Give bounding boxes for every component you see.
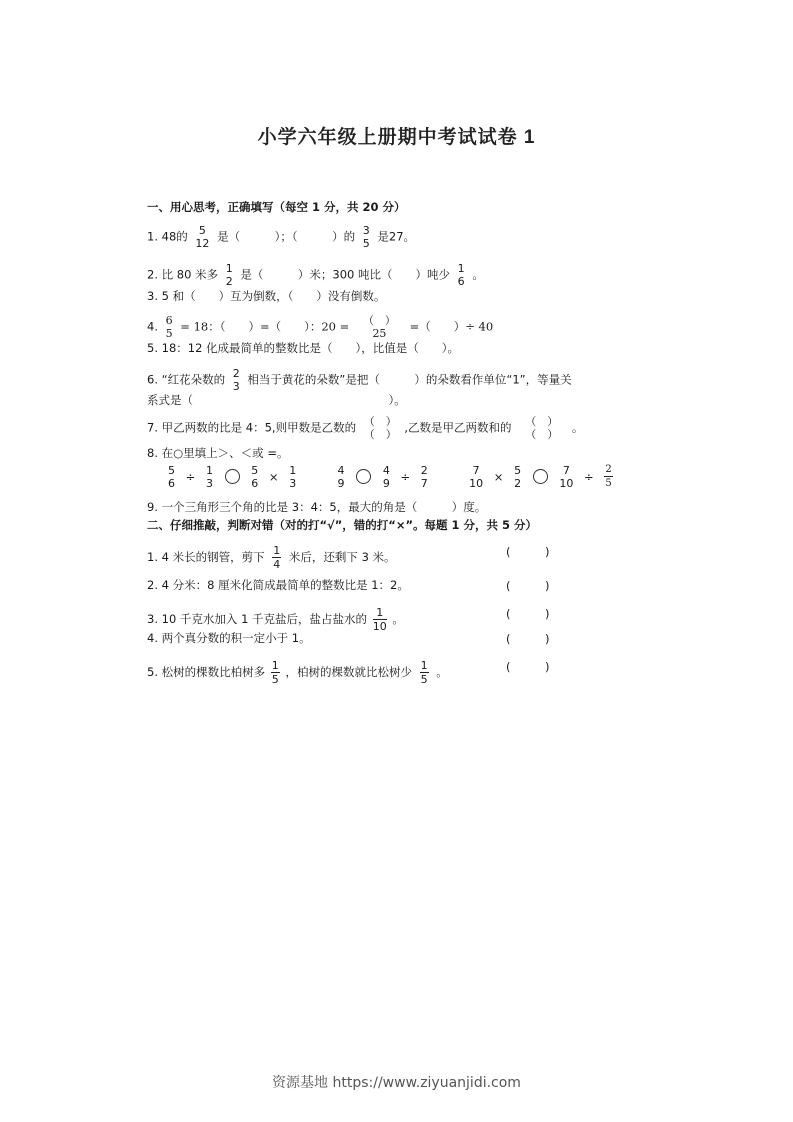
fraction: （ ）（ ）	[525, 415, 558, 441]
q-text: = 18：（ ）=（ ）：20 =	[180, 320, 349, 334]
fraction: 14	[272, 544, 281, 571]
section-1-heading: 一、用心思考，正确填写（每空 1 分，共 20 分）	[147, 200, 406, 214]
q-text: 相当于黄花的朵数”是把（ ）的朵数看作单位“1”，等量关	[247, 373, 571, 387]
q-text: 米后，还剩下 3 米。	[289, 550, 396, 564]
q-text: 是（ ）米；300 吨比（ ）吨少	[240, 268, 450, 282]
operator: ÷	[186, 470, 196, 484]
question-1-3: 3. 5 和（ ）互为倒数，（ ）没有倒数。	[147, 289, 385, 303]
operator: ÷	[584, 470, 594, 484]
fraction: 49	[338, 464, 345, 490]
fraction: 49	[383, 464, 390, 490]
q-text: 1. 48的	[147, 230, 188, 244]
operator: ÷	[401, 470, 411, 484]
fraction: （ ）25	[363, 314, 396, 340]
q-text: 7. 甲乙两数的比是 4：5,则甲数是乙数的	[147, 421, 356, 435]
fraction: 56	[251, 464, 258, 490]
fraction: 13	[289, 464, 296, 490]
q-text: 。	[436, 665, 448, 679]
answer-blank-4[interactable]: ( )	[506, 631, 549, 647]
question-1-6-cont: 系式是（ ）。	[147, 393, 406, 407]
compare-circle[interactable]	[225, 469, 240, 484]
q-text: 是27。	[377, 230, 415, 244]
q-text: 。	[572, 421, 584, 435]
question-2-4: 4. 两个真分数的积一定小于 1。	[147, 631, 311, 645]
footer-watermark: 资源基地 https://www.ziyuanjidi.com	[0, 1072, 793, 1092]
fraction: 12	[226, 262, 233, 288]
fraction: 65	[166, 314, 173, 340]
q-text: =（ ）÷ 40	[410, 320, 494, 334]
question-1-6: 6. “红花朵数的 23 相当于黄花的朵数”是把（ ）的朵数看作单位“1”，等量…	[147, 367, 572, 393]
fraction: 710	[559, 464, 573, 490]
comparison-2: 49 49 ÷ 27	[334, 469, 436, 483]
question-1-9: 9. 一个三角形三个角的比是 3：4：5，最大的角是（ ）度。	[147, 500, 486, 514]
question-1-1: 1. 48的 512 是（ ）；（ ）的 35 是27。	[147, 224, 415, 250]
fraction: 35	[363, 224, 370, 250]
fraction: 15	[420, 659, 429, 686]
fraction: 512	[195, 224, 209, 250]
comparison-3: 710 × 52 710 ÷ 25	[465, 469, 617, 483]
compare-circle[interactable]	[356, 469, 371, 484]
q-text: 。	[472, 268, 484, 282]
fraction: 23	[233, 367, 240, 393]
q-text: 2. 比 80 米多	[147, 268, 218, 282]
page-title: 小学六年级上册期中考试试卷 1	[0, 122, 793, 149]
q-text: 6. “红花朵数的	[147, 373, 225, 387]
answer-blank-5[interactable]: ( )	[506, 659, 549, 675]
fraction: 16	[458, 262, 465, 288]
question-2-2: 2. 4 分米：8 厘米化简成最简单的整数比是 1：2。	[147, 578, 409, 592]
compare-circle[interactable]	[533, 469, 548, 484]
question-2-1: 1. 4 米长的钢管，剪下 14 米后，还剩下 3 米。	[147, 544, 396, 571]
fraction: 27	[421, 464, 428, 490]
fraction: 25	[604, 463, 612, 490]
answer-blank-3[interactable]: ( )	[506, 606, 549, 622]
question-2-3: 3. 10 千克水加入 1 千克盐后，盐占盐水的 110 。	[147, 606, 404, 633]
question-1-7: 7. 甲乙两数的比是 4：5,则甲数是乙数的 （ ）（ ） ,乙数是甲乙两数和的…	[147, 415, 583, 441]
fraction: 110	[373, 606, 387, 633]
q-text: 5. 松树的棵数比柏树多	[147, 665, 265, 679]
answer-blank-2[interactable]: ( )	[506, 578, 549, 594]
q-text: ,乙数是甲乙两数和的	[404, 421, 511, 435]
q-text: 1. 4 米长的钢管，剪下	[147, 550, 265, 564]
question-1-8-expressions: 56 ÷ 13 56 × 13 49 49 ÷ 27 710 × 52 710 …	[164, 463, 617, 490]
section-2-heading: 二、仔细推敲，判断对错（对的打“√”，错的打“×”。每题 1 分，共 5 分）	[147, 518, 537, 532]
fraction: 710	[469, 464, 483, 490]
q-text: 是（ ）；（ ）的	[217, 230, 355, 244]
q-text: 。	[392, 612, 404, 626]
operator: ×	[269, 470, 279, 484]
fraction: 13	[206, 464, 213, 490]
fraction: 15	[271, 659, 280, 686]
question-1-5: 5. 18：12 化成最简单的整数比是（ ），比值是（ ）。	[147, 341, 459, 355]
q-text: ，柏树的棵数就比松树少	[285, 665, 412, 679]
fraction: 56	[168, 464, 175, 490]
operator: ×	[494, 470, 504, 484]
comparison-1: 56 ÷ 13 56 × 13	[164, 469, 304, 483]
fraction: （ ）（ ）	[364, 415, 397, 441]
fraction: 52	[514, 464, 521, 490]
question-2-5: 5. 松树的棵数比柏树多 15 ，柏树的棵数就比松树少 15 。	[147, 659, 448, 686]
question-1-4: 4. 65 = 18：（ ）=（ ）：20 = （ ）25 =（ ）÷ 40	[147, 314, 493, 340]
q-text: 4.	[147, 320, 158, 334]
answer-blank-1[interactable]: ( )	[506, 544, 549, 560]
question-1-8: 8. 在○里填上＞、＜或 =。	[147, 446, 288, 460]
q-text: 3. 10 千克水加入 1 千克盐后，盐占盐水的	[147, 612, 367, 626]
question-1-2: 2. 比 80 米多 12 是（ ）米；300 吨比（ ）吨少 16 。	[147, 262, 484, 288]
